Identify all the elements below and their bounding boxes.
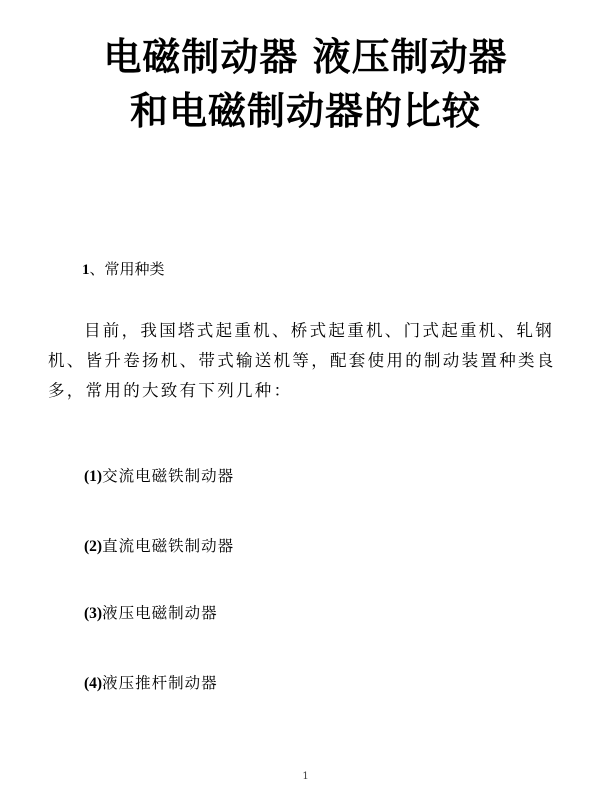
section-heading: 1、常用种类 <box>82 258 165 279</box>
list-item-text: 液压推杆制动器 <box>102 674 218 692</box>
paragraph-text: 目前，我国塔式起重机、桥式起重机、门式起重机、轧钢机、皆升卷扬机、带式输送机等，… <box>48 321 556 400</box>
list-item: (1)交流电磁铁制动器 <box>84 464 234 486</box>
list-item-number: (3) <box>84 605 102 622</box>
title-line-1: 电磁制动器 液压制动器 <box>0 26 611 81</box>
section-separator: 、 <box>90 260 105 278</box>
list-item-number: (4) <box>84 675 102 692</box>
body-paragraph: 目前，我国塔式起重机、桥式起重机、门式起重机、轧钢机、皆升卷扬机、带式输送机等，… <box>48 316 568 406</box>
list-item-text: 直流电磁铁制动器 <box>102 537 234 555</box>
list-item-text: 液压电磁制动器 <box>102 604 218 622</box>
page-number: 1 <box>0 771 611 782</box>
list-item-number: (2) <box>84 538 102 555</box>
section-number: 1 <box>82 262 90 278</box>
section-title: 常用种类 <box>105 260 165 278</box>
list-item-number: (1) <box>84 468 102 485</box>
list-item: (2)直流电磁铁制动器 <box>84 534 234 556</box>
list-item: (3)液压电磁制动器 <box>84 601 218 623</box>
title-line-2: 和电磁制动器的比较 <box>0 80 611 135</box>
list-item-text: 交流电磁铁制动器 <box>102 467 234 485</box>
list-item: (4)液压推杆制动器 <box>84 671 218 693</box>
